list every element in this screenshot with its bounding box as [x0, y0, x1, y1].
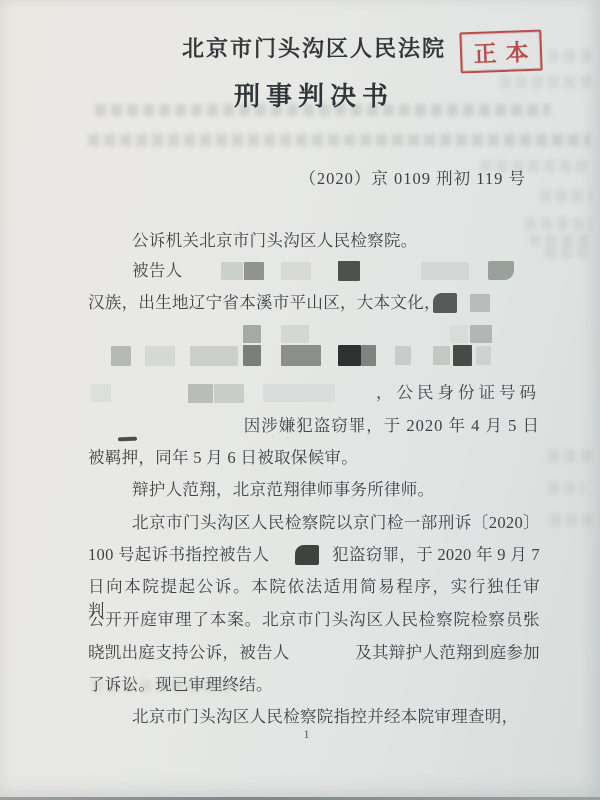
redaction-block — [433, 293, 457, 313]
id-number-label: ，公民身份证号码 — [376, 381, 540, 405]
redaction-block — [214, 384, 244, 403]
redaction-block — [488, 261, 514, 280]
indictment-text-prefix: 100 号起诉书指控被告人 — [88, 543, 269, 567]
bleedthrough-text — [88, 134, 590, 146]
redaction-block — [361, 345, 376, 366]
redaction-block — [243, 345, 261, 366]
bleedthrough-text — [548, 482, 585, 494]
bleedthrough-text — [545, 246, 592, 258]
bleedthrough-text — [550, 514, 592, 526]
redaction-block — [190, 346, 238, 366]
redaction-block — [453, 345, 472, 366]
ink-mark — [118, 437, 137, 442]
paragraph-trial-concluded: 了诉讼。现已审理终结。 — [88, 673, 540, 697]
original-copy-stamp: 正本 — [459, 30, 542, 74]
paragraph-indictment-2: 100 号起诉书指控被告人 犯盗窃罪，于 2020 年 9 月 7 — [88, 543, 540, 567]
trial-text-prefix: 晓凯出庭支持公诉，被告人 — [88, 641, 290, 665]
paragraph-findings: 北京市门头沟区人民检察院指控并经本院审理查明， — [88, 705, 540, 729]
redaction-block — [470, 294, 490, 312]
redaction-block — [338, 261, 360, 281]
redaction-block — [281, 262, 311, 280]
trial-text-suffix: 及其辩护人范翔到庭参加 — [355, 641, 540, 665]
redaction-block — [295, 545, 319, 565]
paragraph-procedure-1: 日向本院提起公诉。本院依法适用简易程序，实行独任审判， — [88, 575, 540, 599]
paragraph-prosecution-organ: 公诉机关北京市门头沟区人民检察院。 — [88, 229, 540, 253]
redaction-block — [263, 384, 335, 402]
redaction-block — [338, 345, 361, 366]
paragraph-indictment-1: 北京市门头沟区人民检察院以京门检一部刑诉〔2020〕 — [88, 511, 540, 535]
redaction-block — [244, 262, 264, 280]
redacted-identity-row — [88, 323, 540, 369]
bleedthrough-text — [548, 50, 590, 62]
bleedthrough-text — [548, 450, 592, 462]
judgment-document-page: 北京市门头沟区人民法院 正本 刑事判决书 （2020）京 0109 刑初 119… — [0, 0, 600, 800]
redaction-block — [281, 325, 309, 343]
paragraph-defendant-info: 汉族，出生地辽宁省本溪市平山区，大本文化， — [88, 291, 540, 315]
page-number: 1 — [88, 727, 525, 742]
paragraph-trial-attendance: 晓凯出庭支持公诉，被告人 及其辩护人范翔到庭参加 — [88, 641, 540, 665]
redaction-block — [421, 262, 469, 280]
paragraph-detention-date: 因涉嫌犯盗窃罪，于 2020 年 4 月 5 日 — [88, 414, 540, 438]
redaction-block — [243, 325, 261, 343]
document-title: 刑事判决书 — [88, 76, 540, 113]
redaction-block — [281, 345, 321, 366]
page-content: 北京市门头沟区人民法院 正本 刑事判决书 （2020）京 0109 刑初 119… — [0, 0, 600, 800]
redaction-block — [221, 262, 243, 280]
redaction-block — [111, 346, 131, 366]
paragraph-procedure-2: 公开开庭审理了本案。北京市门头沟区人民检察院检察员张 — [88, 608, 540, 632]
redaction-block — [476, 346, 491, 365]
redaction-block — [395, 346, 411, 365]
bleedthrough-text — [540, 190, 592, 202]
paragraph-defendant: 被告人 — [88, 259, 540, 283]
defendant-label: 被告人 — [88, 259, 182, 283]
redaction-block — [470, 325, 492, 343]
redaction-block — [145, 346, 175, 366]
indictment-text-suffix: 犯盗窃罪，于 2020 年 9 月 7 — [332, 543, 540, 567]
paragraph-bail: 被羁押，同年 5 月 6 日被取保候审。 — [88, 446, 540, 470]
redaction-block — [91, 384, 111, 402]
case-number: （2020）京 0109 刑初 119 号 — [88, 165, 526, 189]
paragraph-defense-counsel: 辩护人范翔，北京范翔律师事务所律师。 — [88, 478, 540, 502]
redaction-block — [450, 325, 468, 343]
redaction-block — [188, 384, 213, 403]
defendant-info-text: 汉族，出生地辽宁省本溪市平山区，大本文化， — [88, 293, 441, 312]
redaction-block — [433, 346, 450, 365]
paragraph-id-number: ，公民身份证号码 — [88, 381, 540, 405]
